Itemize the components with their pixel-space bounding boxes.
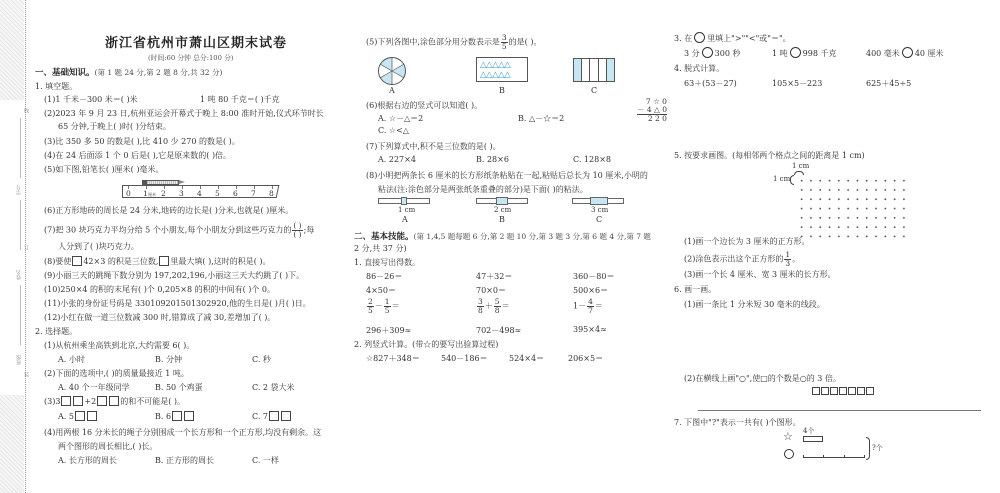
q1-1b: 1 吨 80 千克＝( )千克 (200, 94, 280, 105)
q1-3: (3)比 350 多 50 的数是( ),比 410 少 270 的数是( )。 (44, 136, 240, 147)
calc-9: 1－47＝ (573, 298, 603, 315)
q2-3-opt-c: C. 7 (252, 411, 292, 421)
q2-8-stem: (8)小明把两条长 6 厘米的长方形纸条粘贴在一起,粘贴后总长为 10 厘米,小… (366, 170, 648, 181)
q2-5-a: (5)下列各图中,涂色部分用分数表示是 (366, 38, 500, 47)
section-2-note: (第 1,4,5 题每题 6 分,第 2 题 10 分,第 3 题 3 分,第 … (414, 232, 651, 241)
blank-fraction: ( )( ) (292, 222, 302, 239)
margin-mark: 装 (23, 372, 30, 377)
q2-2-opt-a: A. 40 个一年级同学 (58, 382, 130, 393)
ruler-num: 2 (161, 189, 166, 198)
section-1-title: 一、基础知识。 (35, 68, 95, 78)
expr-1: 63＋(53－27) (684, 78, 737, 89)
overlap-b (496, 197, 508, 205)
q5-3: (3)画一个长 4 厘米、宽 3 厘米的长方形。 (684, 269, 836, 280)
compare-2: 1 吨998 千克 (772, 47, 836, 59)
s2-q7-title: 7. 下图中"?"表示一共有( )个图形。 (674, 417, 801, 428)
answer-line[interactable] (698, 410, 981, 411)
pre: 1－ (573, 302, 586, 311)
s2-q6-title: 6. 画一画。 (674, 284, 716, 295)
calc-5: 70×0＝ (476, 285, 506, 296)
cmp-left: 400 毫米 (866, 49, 900, 58)
q2-title: 2. 选择题。 (35, 326, 77, 337)
q2-5-stem: (5)下列各图中,涂色部分用分数表示是35的是( )。 (366, 34, 541, 51)
q1-6: (6)正方形地砖的周长是 24 分米,地砖的边长是( )分米,也就是( )厘米。 (44, 205, 293, 216)
q1-8-c: 里最大填( ),这时的积是( )。 (170, 257, 270, 266)
q1-2-cont: 65 分钟,于晚上( )时( )分结束。 (58, 121, 171, 132)
op: － (375, 302, 383, 311)
q1-7: (7)把 30 块巧克力平均分给 5 个小朋友,每个小朋友分到这些巧克力的( )… (44, 222, 314, 239)
q2-3-opt-b: B. 6 (155, 411, 195, 421)
compare-3: 400 毫米40 厘米 (866, 47, 944, 59)
eq: ＝ (595, 302, 603, 311)
frac-den: 5 (384, 307, 391, 315)
vsub-line2: － 4 △ 0 (637, 106, 667, 114)
frac-den: 3 (784, 260, 791, 268)
q1-9: (9)小丽三天的跳绳下数分别为 197,202,196,小丽这三天大约跳了( )… (44, 270, 304, 281)
vertical-subtraction: 7 ☆ 0 － 4 △ 0 2 2 0 (637, 98, 667, 123)
square-row (812, 387, 874, 395)
answer-box (159, 256, 169, 266)
calc-7: 25－15＝ (366, 298, 400, 315)
answer-box (72, 256, 82, 266)
bracket-top (794, 171, 804, 175)
compare-1: 3 分300 秒 (684, 47, 740, 59)
q2-7-opt-b: B. 28×6 (476, 155, 509, 164)
q2-1-stem: (1)从杭州乘坐高铁到北京,大约需要 6( )。 (44, 340, 194, 351)
margin-mark: 订 (23, 245, 30, 250)
q2-7-stem: (7)下列算式中,积不是三位数的是( )。 (366, 141, 501, 152)
frac-den: 8 (494, 307, 501, 315)
compare-circle[interactable] (902, 47, 913, 58)
s2-q5-title: 5. 按要求画图。(每相邻两个格点之间的距离是 1 cm) (674, 150, 865, 161)
s2-q3-title: 3. 在里填上">""<"或"＝"。 (674, 32, 791, 44)
grid-label-left: 1 cm (773, 175, 790, 183)
q2-3-stem: (3)3+2的和不可能是( )。 (44, 396, 185, 407)
ruler-num: 3 (179, 189, 184, 198)
eq: ＝ (392, 302, 400, 311)
ruler-num: 4 (197, 189, 202, 198)
margin-mark: 线 (23, 108, 30, 113)
q2-6-opt-a: A. ☆－△＝2 (378, 113, 423, 124)
margin-field-line (20, 200, 21, 250)
q1-5: (5)如下图,铅笔长( )厘米( )毫米。 (44, 164, 163, 175)
calc-1: 86－26＝ (366, 271, 402, 282)
ruler-num: 5 (215, 189, 220, 198)
label-total: ?个 (872, 443, 883, 453)
page-subtitle: (时间:60 分钟 总分:100 分) (148, 52, 234, 62)
overlap-c (590, 197, 608, 205)
q2-6-opt-b: B. △－☆＝2 (518, 113, 564, 124)
q2-1-opt-c: C. 秒 (252, 354, 271, 365)
calc-6: 500×6＝ (573, 285, 608, 296)
calc-12: 395×4≈ (573, 325, 607, 334)
frac-den: 5 (367, 307, 374, 315)
q1-8-b: 42×3 的积是三位数, (83, 257, 158, 266)
star-icon: ☆ (783, 430, 793, 443)
q2-1-opt-b: B. 分钟 (155, 354, 182, 365)
vcalc-4: 206×5＝ (568, 353, 603, 364)
q1-7-tail: ;每 (304, 226, 315, 235)
q2-2-opt-c: C. 2 袋大米 (252, 382, 295, 393)
triangle-row: △△△△△ (480, 60, 524, 70)
strip-label-b: B (499, 215, 505, 224)
triangle-row: △△△△△ (480, 70, 524, 80)
calc-10: 296＋309≈ (366, 325, 411, 336)
q1-2: (2)2023 年 9 月 23 日,杭州亚运会开幕式于晚上 8:00 准时开始… (44, 108, 324, 119)
q1-title: 1. 填空题。 (35, 81, 77, 92)
brace (866, 437, 870, 460)
frac-den: 8 (477, 307, 484, 315)
q2-7-opt-a: A. 227×4 (378, 155, 416, 164)
op: ＋ (485, 302, 493, 311)
label-4: 4个 (803, 426, 814, 436)
calc-3: 360－80＝ (573, 271, 614, 282)
grid-label-top: 1 cm (792, 162, 809, 170)
ruler-num: 6 (233, 189, 238, 198)
q2-7-opt-c: C. 128×8 (573, 155, 611, 164)
q1-8: (8)要使42×3 的积是三位数,里最大填( ),这时的积是( )。 (44, 256, 271, 267)
frac-den: ( ) (292, 231, 302, 239)
overlap-label-b: 2 cm (494, 206, 511, 214)
q2-2-stem: (2)下面的选项中,( )的质量最接近 1 吨。 (44, 368, 189, 379)
expr-3: 625＋45÷5 (866, 78, 911, 89)
figure-c-bars (573, 58, 615, 82)
vcalc-1: ☆827＋348＝ (366, 353, 420, 364)
q2-3-b: +2 (84, 397, 96, 406)
cmp-right: 998 千克 (803, 49, 837, 58)
expr-2: 105×5－223 (772, 78, 822, 89)
overlap-a (401, 197, 407, 205)
frac-den: 5 (501, 43, 508, 51)
q5-2-text: (2)涂色表示出这个正方形的 (684, 255, 783, 264)
dot-grid[interactable] (797, 176, 907, 240)
q2-2-opt-b: B. 50 个鸡蛋 (155, 382, 203, 393)
section-2-heading: 二、基本技能。(第 1,4,5 题每题 6 分,第 2 题 10 分,第 3 题… (354, 230, 651, 242)
vcalc-3: 524×4＝ (509, 353, 544, 364)
ruler-unit: 厘米 (148, 192, 156, 198)
fig-label-b: B (499, 86, 505, 95)
circle-icon (784, 449, 794, 459)
hatch-top (0, 0, 24, 100)
q1-11: (11)小张的身份证号码是 330109201501302920,他的生日是( … (44, 298, 311, 309)
q1-7-text: (7)把 30 块巧克力平均分给 5 个小朋友,每个小朋友分到这些巧克力的 (44, 226, 291, 235)
opt-text: C. 7 (252, 412, 268, 421)
cmp-right: 40 厘米 (915, 49, 944, 58)
s2-q2-title: 2. 列竖式计算。(带☆的要写出验算过程) (354, 339, 498, 350)
frac-den: 7 (587, 307, 594, 315)
calc-4: 4×50＝ (366, 285, 396, 296)
ruler-num: 7 (251, 189, 256, 198)
q5-2-end: 。 (792, 255, 800, 264)
calc-2: 47＋32＝ (476, 271, 512, 282)
margin-field-line (20, 285, 21, 345)
margin-label-class: 班级 (15, 355, 22, 365)
circle-icon (694, 32, 705, 43)
q2-6-opt-c: C. ☆<△ (378, 126, 409, 135)
opt-text: B. 6 (155, 412, 171, 421)
q2-8-stem2: 粘法(注:涂色部分是两张纸条重叠的部分)是下面( )的粘法。 (378, 184, 588, 195)
section-2-title: 二、基本技能。 (354, 232, 414, 242)
circle-dividers (378, 57, 406, 85)
compare-circle[interactable] (702, 47, 713, 58)
overlap-label-a: 1 cm (398, 206, 415, 214)
q2-4-opt-b: B. 正方形的周长 (155, 455, 214, 466)
q3-a: 3. 在 (674, 34, 692, 43)
q6-2: (2)在横线上画"○",使□的个数是○的 3 倍。 (684, 373, 841, 384)
q6-1: (1)画一条比 1 分米短 30 毫米的线段。 (684, 299, 825, 310)
q1-10: (10)250×4 的积的末尾有( )个 0,205×8 的积的中间有( )个 … (44, 284, 275, 295)
section-1-note: (第 1 题 24 分,第 2 题 8 分,共 32 分) (95, 68, 223, 77)
q2-1-opt-a: A. 小时 (58, 354, 85, 365)
q1-8-a: (8)要使 (44, 257, 71, 266)
margin-label-student-no: 学号 (15, 185, 22, 195)
q1-4: (4)在 24 后面添 1 个 0 后是( ),它是原来数的( )倍。 (44, 150, 231, 161)
q1-7-cont: 人分到了( )块巧克力。 (58, 241, 139, 252)
calc-11: 702－498≈ (476, 325, 521, 336)
q2-6-stem: (6)根据右边的竖式可以知道( )。 (366, 100, 482, 111)
q2-4-stem: (4)用两根 16 分米长的绳子分别围成一个长方形和一个正方形,均没有剩余。这 (44, 427, 321, 438)
bar-star (803, 436, 823, 442)
opt-text: A. 5 (58, 412, 74, 421)
q1-1a: (1)1 千米－300 米＝( )米 (44, 94, 138, 105)
margin-label-name: 姓名 (15, 270, 22, 280)
bracket-left (790, 175, 794, 185)
s2-q4-title: 4. 脱式计算。 (674, 63, 724, 74)
fig-label-a: A (389, 86, 395, 95)
q2-4-opt-a: A. 长方形的周长 (58, 455, 117, 466)
strip-label-c: C (596, 215, 602, 224)
ruler-end (269, 185, 280, 198)
q2-4-stem2: 两个图形的周长相比,( )长。 (58, 441, 157, 452)
vsub-result: 2 2 0 (637, 114, 667, 123)
ruler-num: 0 (126, 189, 131, 198)
q2-4-opt-c: C. 一样 (252, 455, 279, 466)
strip-label-a: A (402, 215, 408, 224)
cmp-right: 300 秒 (715, 49, 741, 58)
compare-circle[interactable] (790, 47, 801, 58)
binding-margin: 线 学号 订 姓名 班级 装 (0, 0, 26, 493)
section-2-note-cont: 2 分,共 37 分) (354, 243, 407, 254)
q1-12: (12)小红在做一道三位数减 300 时,错算成了减 30,差增加了( )。 (44, 312, 275, 323)
margin-field-line (20, 118, 21, 178)
figure-b-triangles: △△△△△ △△△△△ (476, 57, 528, 82)
cmp-left: 3 分 (684, 49, 700, 58)
overlap-label-c: 3 cm (591, 206, 608, 214)
q2-5-b: 的是( )。 (509, 38, 542, 47)
q3-b: 里填上">""<"或"＝"。 (707, 34, 790, 43)
pencil-tip (179, 180, 185, 184)
s2-q1-title: 1. 直接写出得数。 (354, 257, 420, 268)
hatch-bottom (0, 395, 24, 493)
q5-1: (1)画一个边长为 3 厘米的正方形。 (684, 236, 810, 247)
ruler-figure: 0 1 2 3 4 5 6 7 8 厘米 (122, 185, 274, 198)
q2-3-a: (3)3 (44, 397, 60, 406)
eq: ＝ (502, 302, 510, 311)
vcalc-2: 540－186＝ (441, 353, 488, 364)
fig-label-c: C (591, 86, 597, 95)
calc-8: 38＋58＝ (476, 298, 510, 315)
q5-2: (2)涂色表示出这个正方形的13。 (684, 251, 800, 268)
cmp-left: 1 吨 (772, 49, 788, 58)
q2-3-c: 的和不可能是( )。 (120, 397, 185, 406)
section-1-heading: 一、基础知识。(第 1 题 24 分,第 2 题 8 分,共 32 分) (35, 66, 222, 78)
page-title: 浙江省杭州市萧山区期末试卷 (105, 32, 287, 51)
bar-circle (803, 457, 865, 458)
q2-3-opt-a: A. 5 (58, 411, 98, 421)
